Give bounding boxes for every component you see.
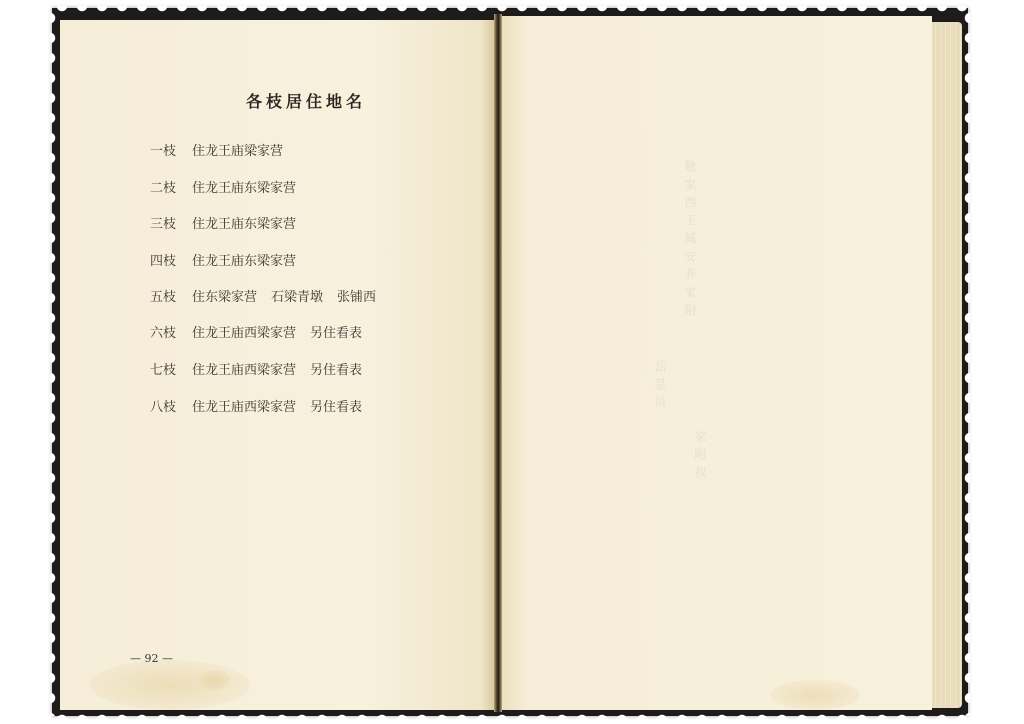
residence-text: 住龙王庙东梁家营 [192, 177, 296, 196]
branch-label: 八枝 [150, 396, 192, 415]
branch-label: 七枝 [150, 359, 192, 378]
page-title: 各枝居住地名 [246, 89, 366, 112]
branch-label: 三枝 [150, 213, 192, 232]
residence-text: 另住看表 [310, 396, 362, 415]
list-item: 六枝住龙王庙西梁家营另住看表 [150, 322, 376, 341]
branch-label: 二枝 [150, 177, 192, 196]
residence-text: 住东梁家营 [192, 286, 257, 305]
list-item: 一枝住龙王庙梁家营 [150, 140, 297, 159]
residence-text: 石梁青墩 [271, 286, 323, 305]
branch-label: 一枝 [150, 140, 192, 159]
residence-text: 住龙王庙东梁家营 [192, 250, 296, 269]
list-item: 八枝住龙王庙西梁家营另住看表 [150, 396, 376, 415]
branch-label: 六枝 [150, 322, 192, 341]
residence-text: 住龙王庙梁家营 [192, 140, 283, 159]
page-number: — 92 — [130, 652, 173, 665]
residence-text: 住龙王庙西梁家营 [192, 322, 296, 341]
residence-text: 另住看表 [310, 359, 362, 378]
page-block-edges [932, 22, 962, 708]
list-item: 三枝住龙王庙东梁家营 [150, 213, 310, 232]
residence-text: 另住看表 [310, 322, 362, 341]
residence-text: 张铺西 [337, 286, 376, 305]
bleed-through-text: 敬家西王城安养家附 [682, 160, 699, 322]
book-spine [494, 14, 502, 712]
residence-text: 住龙王庙西梁家营 [192, 396, 296, 415]
list-item: 四枝住龙王庙东梁家营 [150, 250, 310, 269]
bleed-through-text: 家附叔 [692, 430, 709, 484]
list-item: 七枝住龙王庙西梁家营另住看表 [150, 359, 376, 378]
branch-label: 五枝 [150, 286, 192, 305]
right-page [502, 16, 932, 710]
residence-text: 住龙王庙西梁家营 [192, 359, 296, 378]
residence-text: 住龙王庙东梁家营 [192, 213, 296, 232]
list-item: 五枝住东梁家营石梁青墩张铺西 [150, 286, 390, 305]
paper-stain [770, 680, 860, 710]
paper-stain [200, 670, 230, 690]
bleed-through-text: 岳是贝 [652, 360, 669, 414]
list-item: 二枝住龙王庙东梁家营 [150, 177, 310, 196]
branch-label: 四枝 [150, 250, 192, 269]
